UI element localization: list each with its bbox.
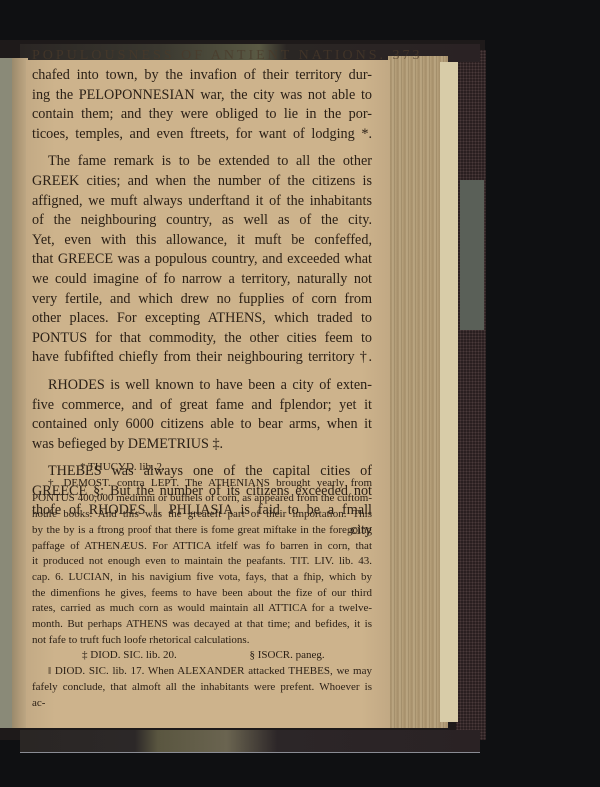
binding-strip-bottom bbox=[20, 730, 480, 753]
page-stack-inner bbox=[440, 62, 458, 722]
body-line: ticoes, temples, and even ftreets, for w… bbox=[32, 125, 372, 145]
body-line: five commerce, and of great fame and fpl… bbox=[32, 396, 372, 416]
body-line: have fubfifted chiefly from their neighb… bbox=[32, 348, 372, 368]
body-line: contain them; and they were obliged to l… bbox=[32, 105, 372, 125]
footnote-line: PONTUS 400,000 medimni or bufhels of cor… bbox=[32, 491, 372, 507]
facing-page-edge bbox=[0, 58, 12, 728]
body-line: PONTUS for that commodity, the other cit… bbox=[32, 329, 372, 349]
body-line: contained only 6000 citizens able to bea… bbox=[32, 415, 372, 435]
body-line: was befieged by DEMETRIUS ‡. bbox=[32, 435, 372, 455]
cover-corner-patch bbox=[460, 180, 484, 330]
footnotes: * THUCYD. lib. 2. † DEMOST. contra LEPT.… bbox=[32, 460, 372, 711]
body-line: we could imagine of fo narrow a territor… bbox=[32, 270, 372, 290]
body-line: other places. For excepting ATHENS, whic… bbox=[32, 309, 372, 329]
footnote-line: paffage of ATHENÆUS. For ATTICA itfelf w… bbox=[32, 539, 372, 555]
footnote-ddagger: ‡ DIOD. SIC. lib. 20. bbox=[82, 649, 177, 661]
body-line: very fertile, and which drew no fupplies… bbox=[32, 290, 372, 310]
footnote-line: rates, carried as much corn as would mai… bbox=[32, 601, 372, 617]
body-line: that GREECE was a populous country, and … bbox=[32, 250, 372, 270]
footnote-line: † DEMOST. contra LEPT. The ATHENIANS bro… bbox=[32, 476, 372, 492]
footnote-line: not fafe to truft fuch loofe rhetorical … bbox=[32, 633, 372, 649]
footnote-line: by the by is a ftrong proof that there i… bbox=[32, 523, 372, 539]
footnote-line: the dimenfions he gives, feems to have b… bbox=[32, 586, 372, 602]
footnote-line: it produced not enough even to maintain … bbox=[32, 554, 372, 570]
footnote-line: houfe books. And this was the greateft p… bbox=[32, 507, 372, 523]
body-line: The fame remark is to be extended to all… bbox=[32, 152, 372, 172]
footnote-section: § ISOCR. paneg. bbox=[249, 649, 324, 661]
body-line: Yet, even with this allowance, it muft b… bbox=[32, 231, 372, 251]
leather-cover-edge bbox=[456, 50, 486, 740]
body-line: chafed into town, by the invafion of the… bbox=[32, 66, 372, 86]
body-line: affigned, we muft always underftand it o… bbox=[32, 192, 372, 212]
footnote-star: * THUCYD. lib. 2. bbox=[32, 460, 372, 476]
footnote-line: ‖ DIOD. SIC. lib. 17. When ALEXANDER att… bbox=[32, 664, 372, 680]
running-head: POPULOUSNESS OF ANTIENT NATIONS. 373 bbox=[32, 48, 423, 64]
body-line: of the neighbouring country, as well as … bbox=[32, 211, 372, 231]
footnote-line: cap. 6. LUCIAN, in his navigium five vot… bbox=[32, 570, 372, 586]
body-line: ing the PELOPONNESIAN war, the city was … bbox=[32, 86, 372, 106]
footnote-line: fafely conclude, that almoft all the inh… bbox=[32, 680, 372, 696]
footnote-pair: ‡ DIOD. SIC. lib. 20. § ISOCR. paneg. bbox=[32, 648, 372, 664]
page-stack-fore-edge bbox=[388, 56, 448, 728]
body-line: RHODES is well known to have been a city… bbox=[32, 376, 372, 396]
body-line: GREEK cities; and when the number of the… bbox=[32, 172, 372, 192]
footnote-catchword: ac- bbox=[32, 696, 372, 712]
footnote-line: month. But perhaps ATHENS was decayed at… bbox=[32, 617, 372, 633]
